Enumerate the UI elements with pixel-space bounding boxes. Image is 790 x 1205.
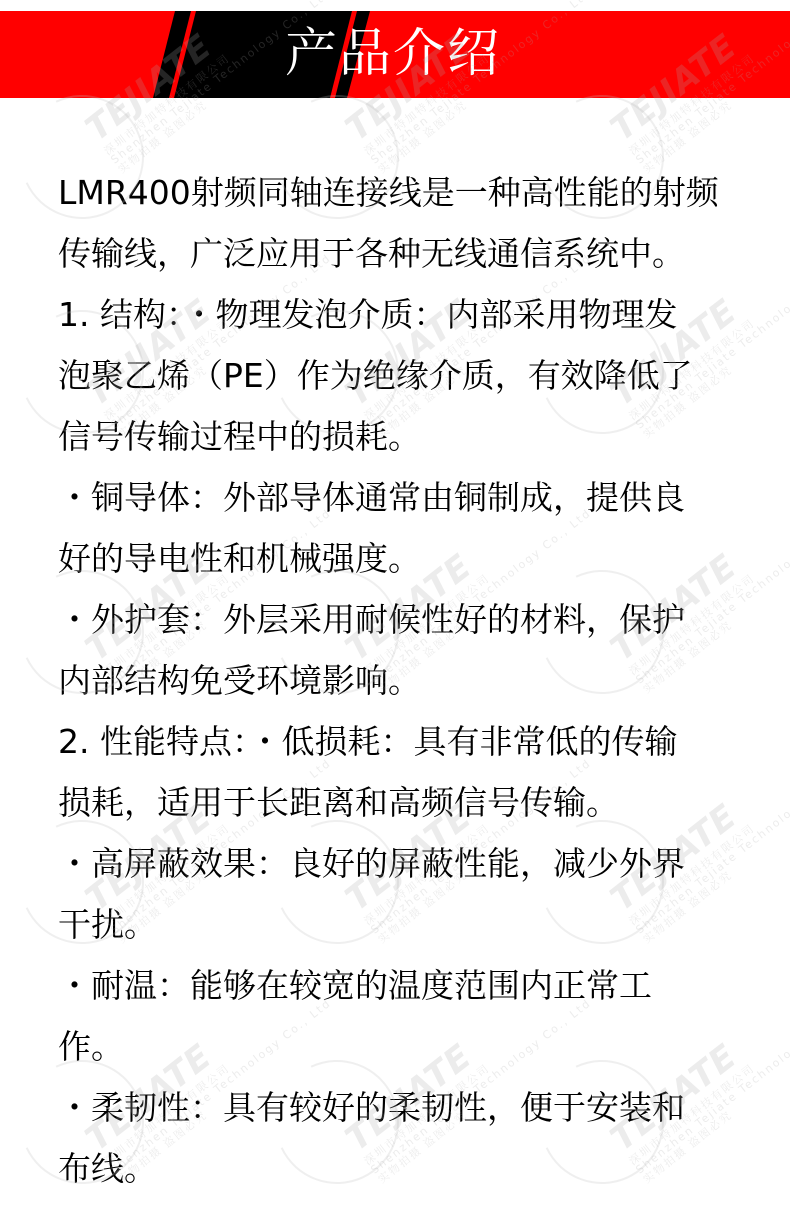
text-line: ・铜导体：外部导体通常由铜制成，提供良	[58, 467, 758, 528]
text-line: 损耗，适用于长距离和高频信号传输。	[58, 772, 758, 833]
section-banner: 产品介绍	[0, 11, 790, 98]
text-line: LMR400射频同轴连接线是一种高性能的射频	[58, 162, 758, 223]
text-line: 作。	[58, 1016, 758, 1077]
text-line: ・柔韧性：具有较好的柔韧性，便于安装和	[58, 1077, 758, 1138]
text-line: 信号传输过程中的损耗。	[58, 406, 758, 467]
text-line: 布线。	[58, 1138, 758, 1199]
text-line: 泡聚乙烯（PE）作为绝缘介质，有效降低了	[58, 345, 758, 406]
text-line: 传输线，广泛应用于各种无线通信系统中。	[58, 223, 758, 284]
text-line: 干扰。	[58, 894, 758, 955]
text-line: 内部结构免受环境影响。	[58, 650, 758, 711]
product-description: LMR400射频同轴连接线是一种高性能的射频 传输线，广泛应用于各种无线通信系统…	[58, 162, 758, 1199]
text-line: ・高屏蔽效果：良好的屏蔽性能，减少外界	[58, 833, 758, 894]
text-line: ・外护套：外层采用耐候性好的材料，保护	[58, 589, 758, 650]
banner-title: 产品介绍	[285, 19, 501, 89]
text-line: ・耐温：能够在较宽的温度范围内正常工	[58, 955, 758, 1016]
text-line: 1. 结构：・物理发泡介质：内部采用物理发	[58, 284, 758, 345]
text-line: 好的导电性和机械强度。	[58, 528, 758, 589]
text-line: 2. 性能特点：・低损耗：具有非常低的传输	[58, 711, 758, 772]
